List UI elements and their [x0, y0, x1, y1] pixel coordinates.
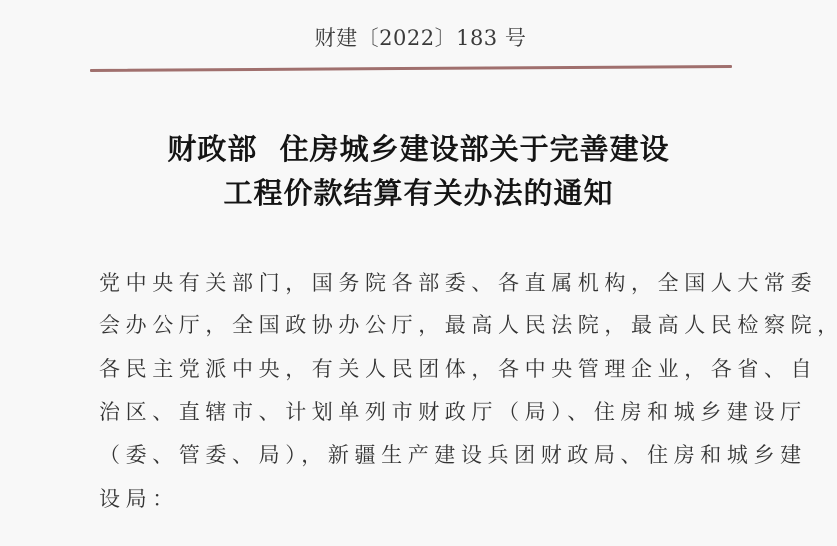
addressee-line: 党中央有关部门，国务院各部委、各直属机构，全国人大常委: [99, 269, 759, 297]
addressee-line: 各民主党派中央，有关人民团体，各中央管理企业，各省、自: [99, 355, 759, 383]
addressee-line: 治区、直辖市、计划单列市财政厅（局）、住房和城乡建设厅: [99, 398, 759, 426]
addressee-line: 设局：: [99, 485, 759, 513]
document-title-line-2: 工程价款结算有关办法的通知: [0, 175, 837, 211]
document-title-line-1: 财政部 住房城乡建设部关于完善建设: [0, 131, 837, 167]
document-number: 财建〔2022〕183 号: [0, 24, 837, 52]
addressee-line: 会办公厅，全国政协办公厅，最高人民法院，最高人民检察院，: [99, 311, 759, 339]
addressee-line: （委、管委、局），新疆生产建设兵团财政局、住房和城乡建: [99, 441, 759, 469]
red-header-rule: [90, 65, 732, 72]
